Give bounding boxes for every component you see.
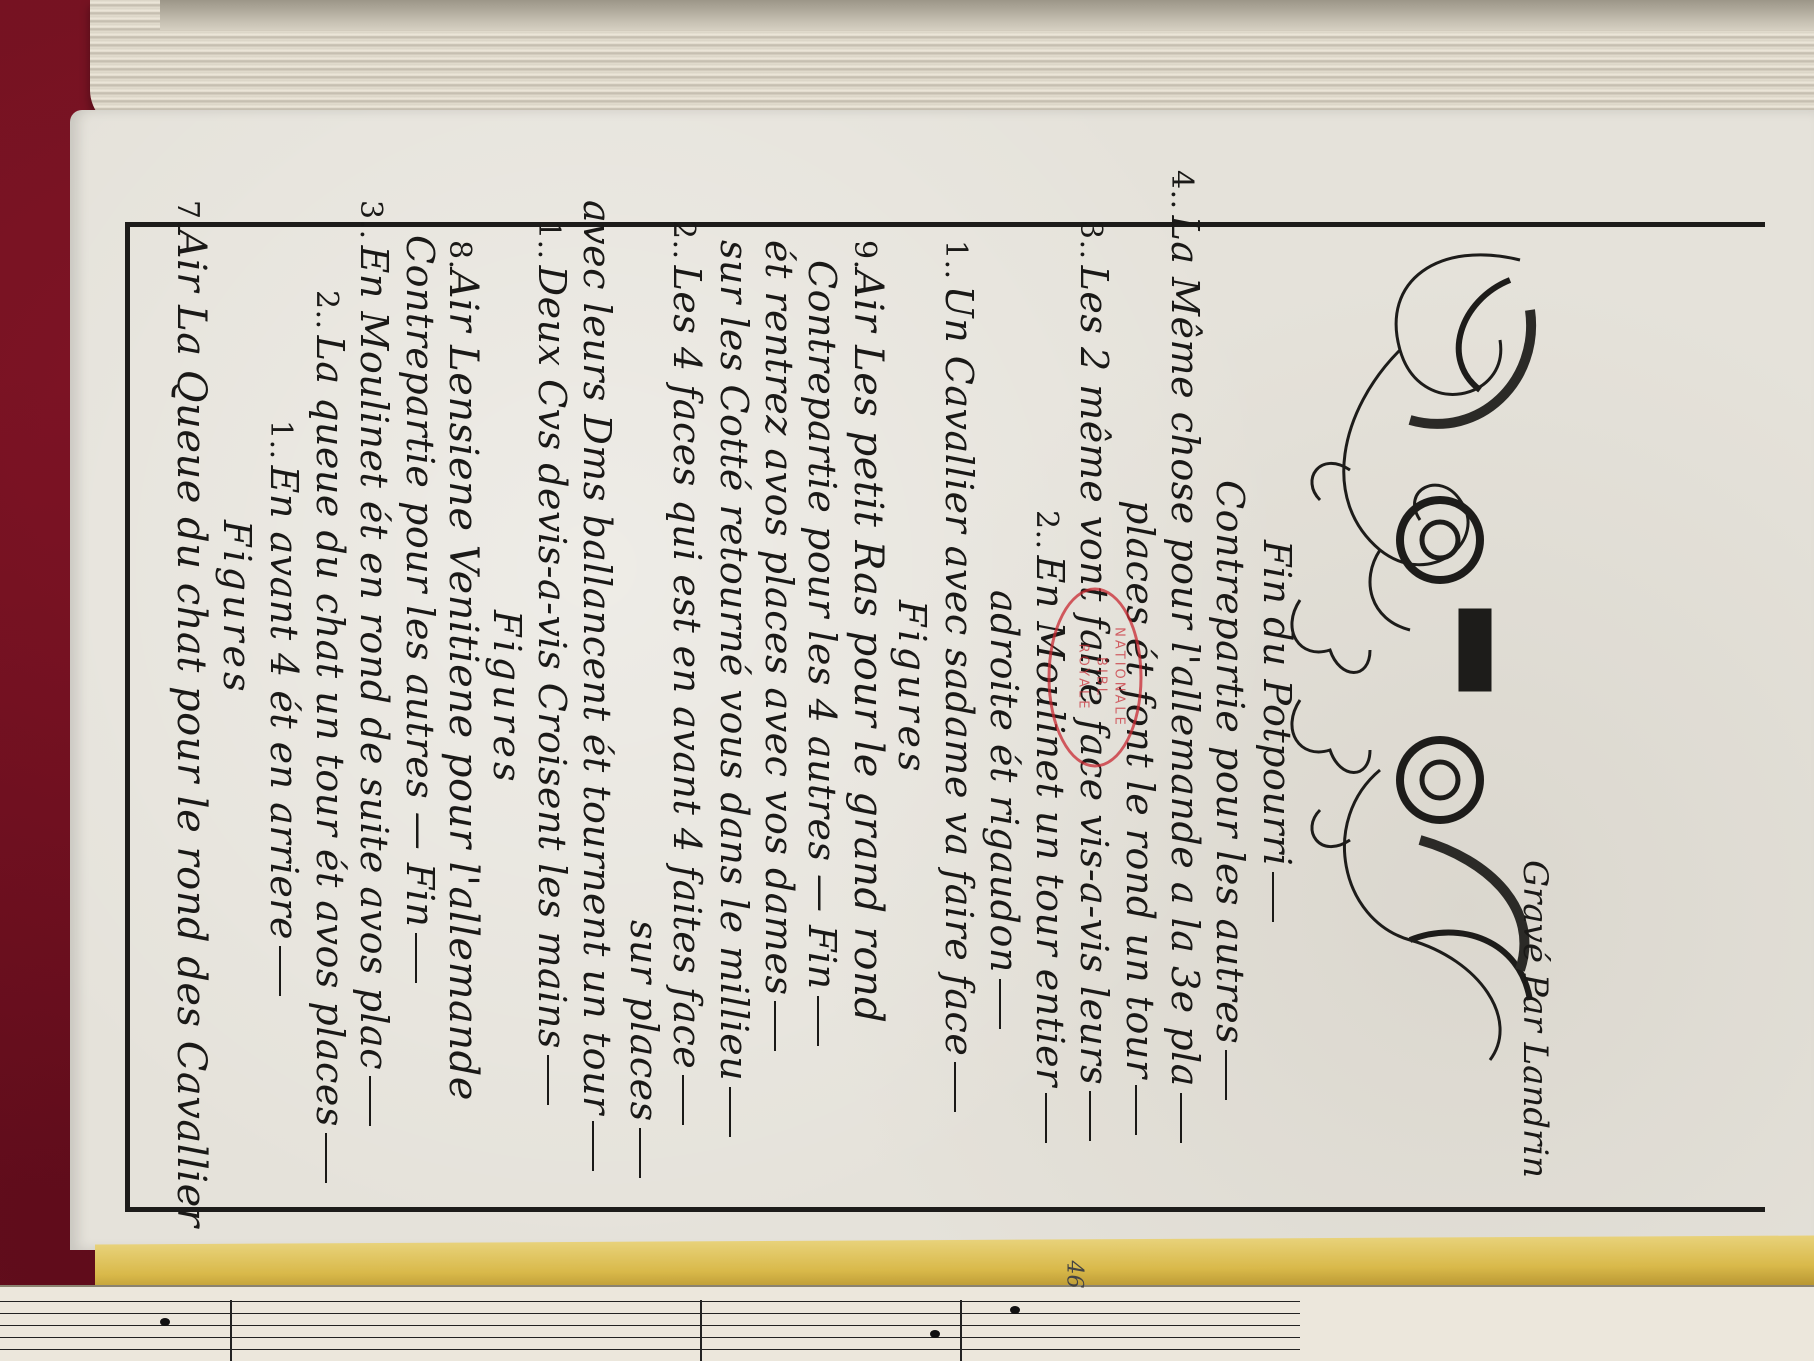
instruction-text: Contrepartie pour les autres xyxy=(1208,480,1252,1044)
figure-number: 4.. xyxy=(1164,170,1199,210)
stamp-line: BIBL xyxy=(1092,591,1110,765)
section-title: 8.Air Lensiene Venitiene pour l'allemand… xyxy=(440,240,486,1101)
engraved-dash xyxy=(548,1055,550,1105)
instruction-line: Contrepartie pour les autres xyxy=(1208,480,1252,1100)
engraved-dash xyxy=(280,946,282,996)
instruction-line: 4..La Même chose pour l'allemande a la 3… xyxy=(1163,170,1207,1143)
instruction-line: ét rentrez avos places avec vos dames xyxy=(757,240,801,1051)
instruction-text: avec leurs Dms ballancent ét tournent un… xyxy=(575,200,619,1115)
instruction-line: avec leurs Dms ballancent ét tournent un… xyxy=(575,200,619,1171)
staff-line xyxy=(0,1337,1300,1338)
engraved-dash xyxy=(955,1062,957,1112)
section-number: 8. xyxy=(442,240,477,270)
engraved-dash xyxy=(1090,1091,1092,1141)
engraved-dash xyxy=(370,1076,372,1126)
figures-label: Figures xyxy=(890,600,934,775)
stamp-line: NATIONALE xyxy=(1110,591,1128,765)
instruction-text: ét rentrez avos places avec vos dames xyxy=(757,240,801,995)
figure-number: 3.. xyxy=(353,200,388,240)
instruction-line: 3..En Moulinet ét en rond de suite avos … xyxy=(352,200,396,1126)
figure-number: 1.. xyxy=(531,220,566,260)
library-stamp: NATIONALE BIBL ROYALE xyxy=(1048,588,1143,768)
instruction-text: La Même chose pour l'allemande a la 3e p… xyxy=(1163,216,1207,1087)
section-title-text: Air La Queue du chat pour le rond des Ca… xyxy=(168,230,214,1228)
instruction-text: sur les Cotté retourné vous dans le mill… xyxy=(712,240,756,1081)
section-title: 9.Air Les petit Ras pour le grand rond xyxy=(845,240,891,1023)
section-number: 9. xyxy=(847,240,882,270)
music-note xyxy=(930,1330,940,1338)
figure-number: 2.. xyxy=(309,290,344,330)
section-title: 7.Air La Queue du chat pour le rond des … xyxy=(168,200,214,1227)
instruction-line: 1..En avant 4 ét en arriere xyxy=(262,420,306,996)
figure-number: 2.. xyxy=(666,220,701,260)
engraved-dash xyxy=(326,1133,328,1183)
figure-number: 1.. xyxy=(938,240,973,280)
page-number: 46 xyxy=(1062,1261,1087,1289)
instruction-line: 2..Les 4 faces qui est en avant 4 faites… xyxy=(665,220,709,1125)
engraved-dash xyxy=(1226,1050,1228,1100)
instruction-line: sur places xyxy=(622,920,666,1178)
staff-line xyxy=(0,1301,1300,1302)
instruction-text: Un Cavallier avec sadame va faire face xyxy=(937,286,981,1057)
section-title-text: Air Lensiene Venitiene pour l'allemande xyxy=(440,270,486,1101)
instruction-text: La queue du chat un tour ét avos places xyxy=(308,336,352,1127)
bar-line xyxy=(960,1300,962,1361)
figure-number: 2.. xyxy=(1029,510,1064,550)
figure-number: 3.. xyxy=(1073,220,1108,260)
figures-label: Figures xyxy=(485,610,529,785)
instruction-text: Les 4 faces qui est en avant 4 faites fa… xyxy=(665,266,709,1070)
section-title-text: Air Les petit Ras pour le grand rond xyxy=(845,270,891,1024)
engraved-dash xyxy=(593,1121,595,1171)
instruction-text: Contrepartie pour les autres — Fin xyxy=(398,235,442,927)
music-note xyxy=(160,1318,170,1326)
stamp-line: ROYALE xyxy=(1074,591,1092,765)
instruction-line: 1..Deux Cvs devis-a-vis Croisent les mai… xyxy=(530,220,574,1105)
instruction-text: Deux Cvs devis-a-vis Croisent les mains xyxy=(530,266,574,1049)
figures-label: Figures xyxy=(215,520,259,695)
instruction-text: En Moulinet ét en rond de suite avos pla… xyxy=(352,246,396,1070)
instruction-text: places ét font le rond un tour xyxy=(1118,500,1162,1079)
instruction-text: adroite ét rigaudon xyxy=(982,590,1026,973)
figure-number: 1.. xyxy=(263,420,298,460)
engraved-dash xyxy=(416,933,418,983)
engraved-dash xyxy=(1136,1085,1138,1135)
staff-line xyxy=(0,1325,1300,1326)
engraved-dash xyxy=(1181,1093,1183,1143)
engraved-dash xyxy=(818,996,820,1046)
instruction-text: En avant 4 ét en arriere xyxy=(262,466,306,940)
instruction-line: 1..Un Cavallier avec sadame va faire fac… xyxy=(937,240,981,1112)
staff-line xyxy=(0,1349,1300,1350)
bar-line xyxy=(230,1300,232,1361)
engraved-dash xyxy=(1000,979,1002,1029)
instruction-line: sur les Cotté retourné vous dans le mill… xyxy=(712,240,756,1137)
instruction-text: Contrepartie pour les 4 autres — Fin xyxy=(800,260,844,990)
music-note xyxy=(1010,1306,1020,1314)
instruction-line: adroite ét rigaudon xyxy=(982,590,1026,1029)
instruction-line: Contrepartie pour les 4 autres — Fin xyxy=(800,260,844,1046)
engraved-dash xyxy=(730,1087,732,1137)
engraved-dash xyxy=(683,1075,685,1125)
instruction-line: 2..La queue du chat un tour ét avos plac… xyxy=(308,290,352,1183)
book-cover-edge xyxy=(160,0,1814,30)
engraved-dash xyxy=(1046,1093,1048,1143)
section-number: 7. xyxy=(170,200,205,230)
bar-line xyxy=(700,1300,702,1361)
staff-line xyxy=(0,1313,1300,1314)
engraver-signature: Gravé Par Landrin xyxy=(1515,860,1555,1178)
engraved-dash xyxy=(640,1128,642,1178)
instruction-text: sur places xyxy=(622,920,666,1122)
instruction-line: Contrepartie pour les autres — Fin xyxy=(398,235,442,983)
engraved-dash xyxy=(775,1001,777,1051)
music-score-page xyxy=(0,1285,1814,1361)
